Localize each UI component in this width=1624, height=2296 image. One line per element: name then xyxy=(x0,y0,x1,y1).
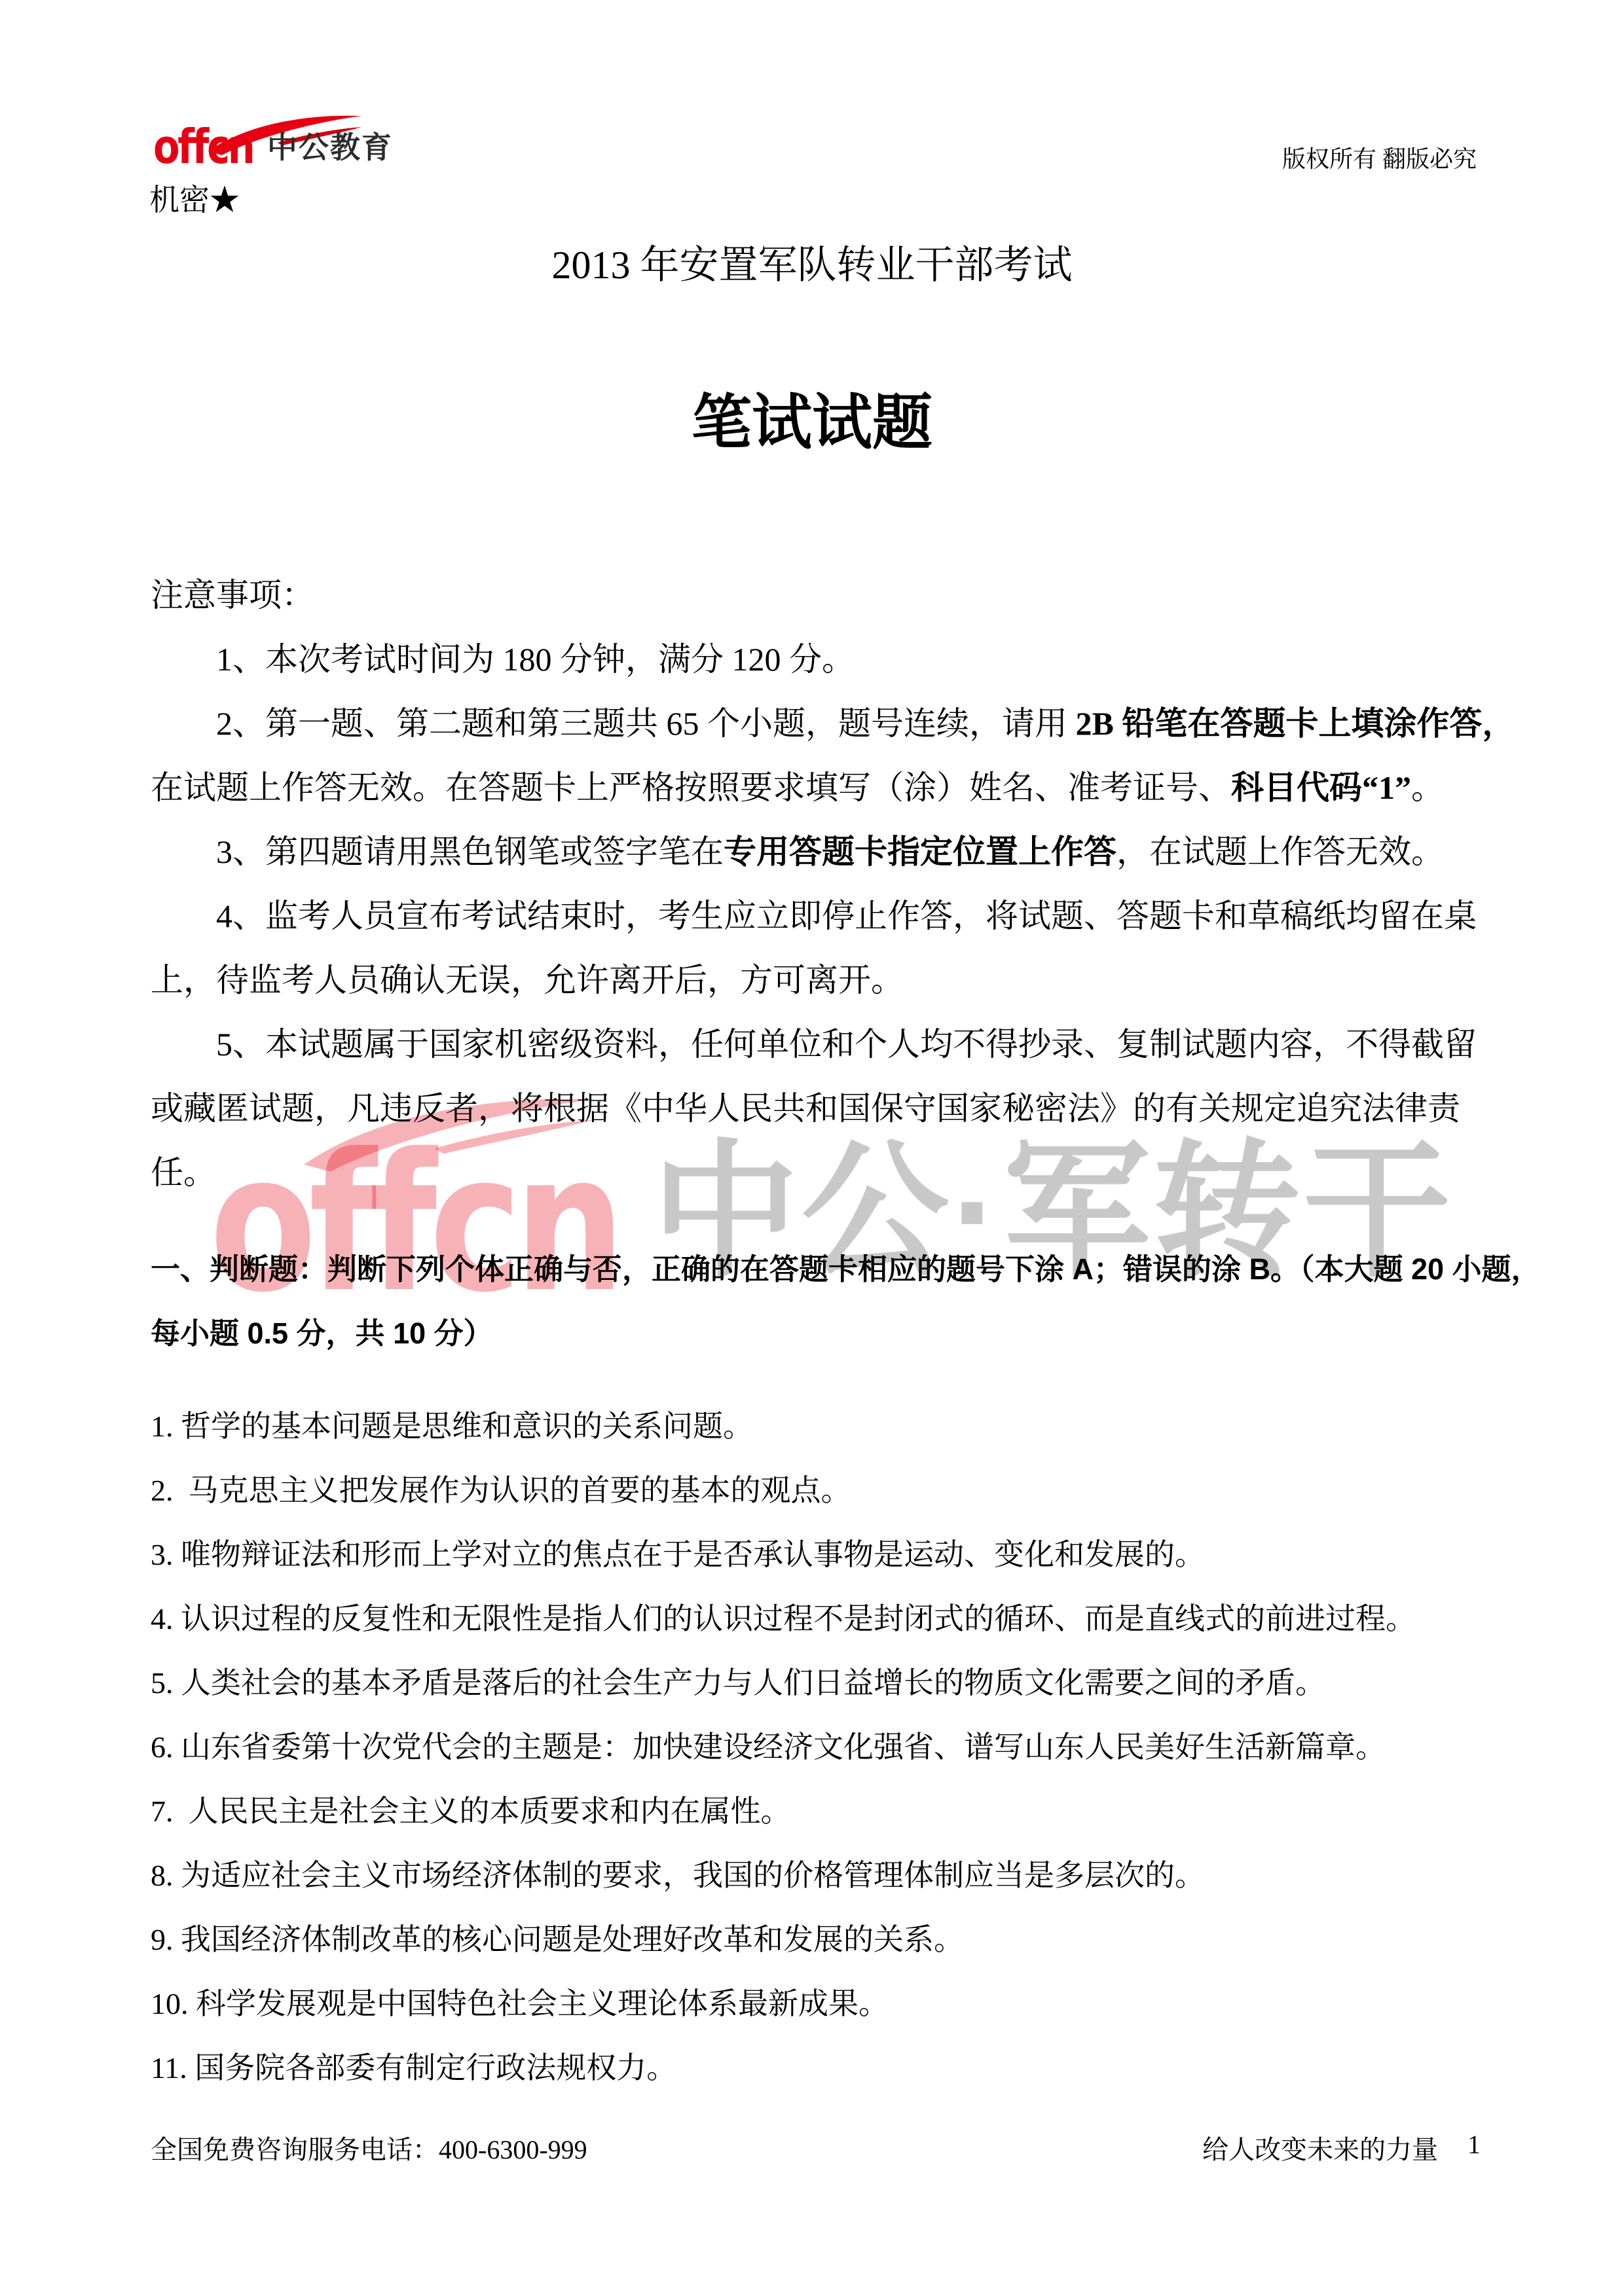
question-item: 5. 人类社会的基本矛盾是落后的社会生产力与人们日益增长的物质文化需要之间的矛盾… xyxy=(151,1651,1591,1715)
logo-brand-text: offcn xyxy=(153,123,253,170)
section-heading-line: 每小题 0.5 分，共 10 分） xyxy=(151,1302,1591,1366)
paper-title: 笔试试题 xyxy=(0,390,1624,456)
footer-slogan: 给人改变未来的力量 xyxy=(1202,2129,1438,2166)
notice-line: 3、第四题请用黑色钢笔或签字笔在专用答题卡指定位置上作答，在试题上作答无效。 xyxy=(151,820,1578,884)
footer-slogan-area: 给人改变未来的力量 1 xyxy=(1202,2129,1481,2166)
exam-paper-page: offcn 中公·军转干 offcn 中公教育 机密★ 版权所有 翻版必究 20… xyxy=(0,0,1624,2296)
notice-line: 或藏匿试题，凡违反者，将根据《中华人民共和国保守国家秘密法》的有关规定追究法律责 xyxy=(151,1076,1578,1140)
logo-brand-cn-text: 中公教育 xyxy=(267,132,393,162)
offcn-logo: offcn 中公教育 xyxy=(149,113,437,181)
question-item: 9. 我国经济体制改革的核心问题是处理好改革和发展的关系。 xyxy=(151,1908,1591,1972)
exam-title: 2013 年安置军队转业干部考试 xyxy=(0,244,1624,287)
question-item: 7. 人民民主是社会主义的本质要求和内在属性。 xyxy=(151,1779,1591,1844)
notice-line: 上，待监考人员确认无误，允许离开后，方可离开。 xyxy=(151,948,1578,1012)
notice-line: 5、本试题属于国家机密级资料，任何单位和个人均不得抄录、复制试题内容，不得截留 xyxy=(151,1012,1578,1076)
notice-heading: 注意事项： xyxy=(151,563,1578,627)
question-item: 6. 山东省委第十次党代会的主题是：加快建设经济文化强省、谱写山东人民美好生活新… xyxy=(151,1715,1591,1779)
page-number: 1 xyxy=(1467,2129,1481,2166)
question-list: 1. 哲学的基本问题是思维和意识的关系问题。2. 马克思主义把发展作为认识的首要… xyxy=(151,1394,1591,2100)
question-item: 3. 唯物辩证法和形而上学对立的焦点在于是否承认事物是运动、变化和发展的。 xyxy=(151,1523,1591,1587)
question-item: 2. 马克思主义把发展作为认识的首要的基本的观点。 xyxy=(151,1459,1591,1523)
section-heading-line: 一、判断题：判断下列个体正确与否，正确的在答题卡相应的题号下涂 A；错误的涂 B… xyxy=(151,1237,1591,1302)
footer-hotline: 全国免费咨询服务电话：400-6300-999 xyxy=(151,2129,587,2166)
notice-lines: 1、本次考试时间为 180 分钟，满分 120 分。2、第一题、第二题和第三题共… xyxy=(151,627,1578,1205)
copyright-notice: 版权所有 翻版必究 xyxy=(1282,145,1477,173)
question-item: 10. 科学发展观是中国特色社会主义理论体系最新成果。 xyxy=(151,1972,1591,2036)
question-item: 8. 为适应社会主义市场经济体制的要求，我国的价格管理体制应当是多层次的。 xyxy=(151,1844,1591,1908)
section-one-heading: 一、判断题：判断下列个体正确与否，正确的在答题卡相应的题号下涂 A；错误的涂 B… xyxy=(151,1237,1591,1366)
notice-block: 注意事项： 1、本次考试时间为 180 分钟，满分 120 分。2、第一题、第二… xyxy=(151,563,1578,1205)
secrecy-label: 机密★ xyxy=(149,182,240,218)
notice-line: 1、本次考试时间为 180 分钟，满分 120 分。 xyxy=(151,627,1578,691)
question-item: 4. 认识过程的反复性和无限性是指人们的认识过程不是封闭式的循环、而是直线式的前… xyxy=(151,1587,1591,1651)
question-item: 1. 哲学的基本问题是思维和意识的关系问题。 xyxy=(151,1394,1591,1459)
notice-line: 在试题上作答无效。在答题卡上严格按照要求填写（涂）姓名、准考证号、科目代码“1”… xyxy=(151,756,1578,820)
notice-line: 任。 xyxy=(151,1140,1578,1205)
notice-line: 4、监考人员宣布考试结束时，考生应立即停止作答，将试题、答题卡和草稿纸均留在桌 xyxy=(151,884,1578,948)
notice-line: 2、第一题、第二题和第三题共 65 个小题，题号连续，请用 2B 铅笔在答题卡上… xyxy=(151,691,1578,756)
question-item: 11. 国务院各部委有制定行政法规权力。 xyxy=(151,2036,1591,2100)
